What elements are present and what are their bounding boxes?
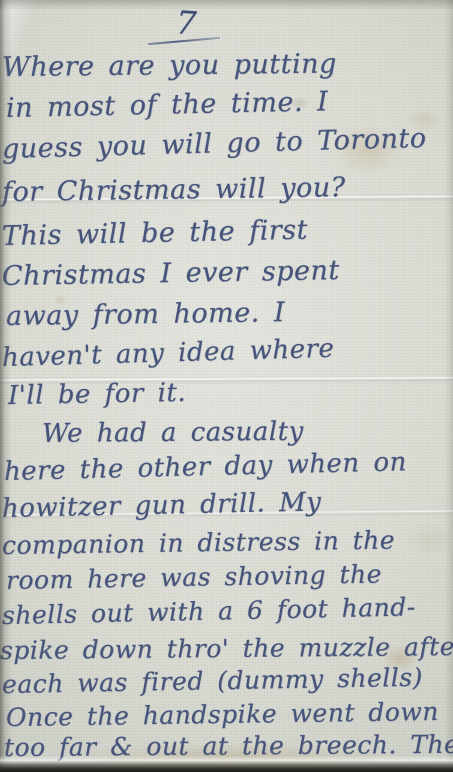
letter-line: companion in distress in the (2, 526, 395, 560)
letter-line: here the other day when on (4, 447, 408, 487)
letter-line: Where are you putting (2, 48, 337, 83)
letter-line: too far & out at the breech. The (4, 730, 453, 762)
letter-line: spike down thro' the muzzle after (0, 632, 453, 665)
letter-line: room here was shoving the (6, 559, 382, 595)
letter-line: in most of the time. I (6, 86, 329, 124)
letter-line: I'll be for it. (8, 378, 187, 411)
letter-line: We had a casualty (42, 417, 304, 449)
letter-page: 7 Where are you puttingin most of the ti… (0, 0, 453, 772)
letter-line: Christmas I ever spent (2, 255, 340, 292)
letter-line: haven't any idea where (2, 334, 335, 373)
letter-line: for Christmas will you? (2, 172, 346, 208)
letter-line: howitzer gun drill. My (2, 487, 322, 524)
paper-edge-shadow-top (0, 0, 453, 10)
letter-line: guess you will go to Toronto (2, 123, 427, 165)
letter-line: each was fired (dummy shells) (2, 663, 423, 699)
letter-line: Once the handspike went down (6, 697, 439, 732)
letter-line: away from home. I (6, 297, 285, 332)
page-number: 7 (175, 3, 198, 42)
letter-line: shells out with a 6 foot hand- (2, 592, 416, 630)
letter-line: This will be the first (2, 215, 309, 252)
